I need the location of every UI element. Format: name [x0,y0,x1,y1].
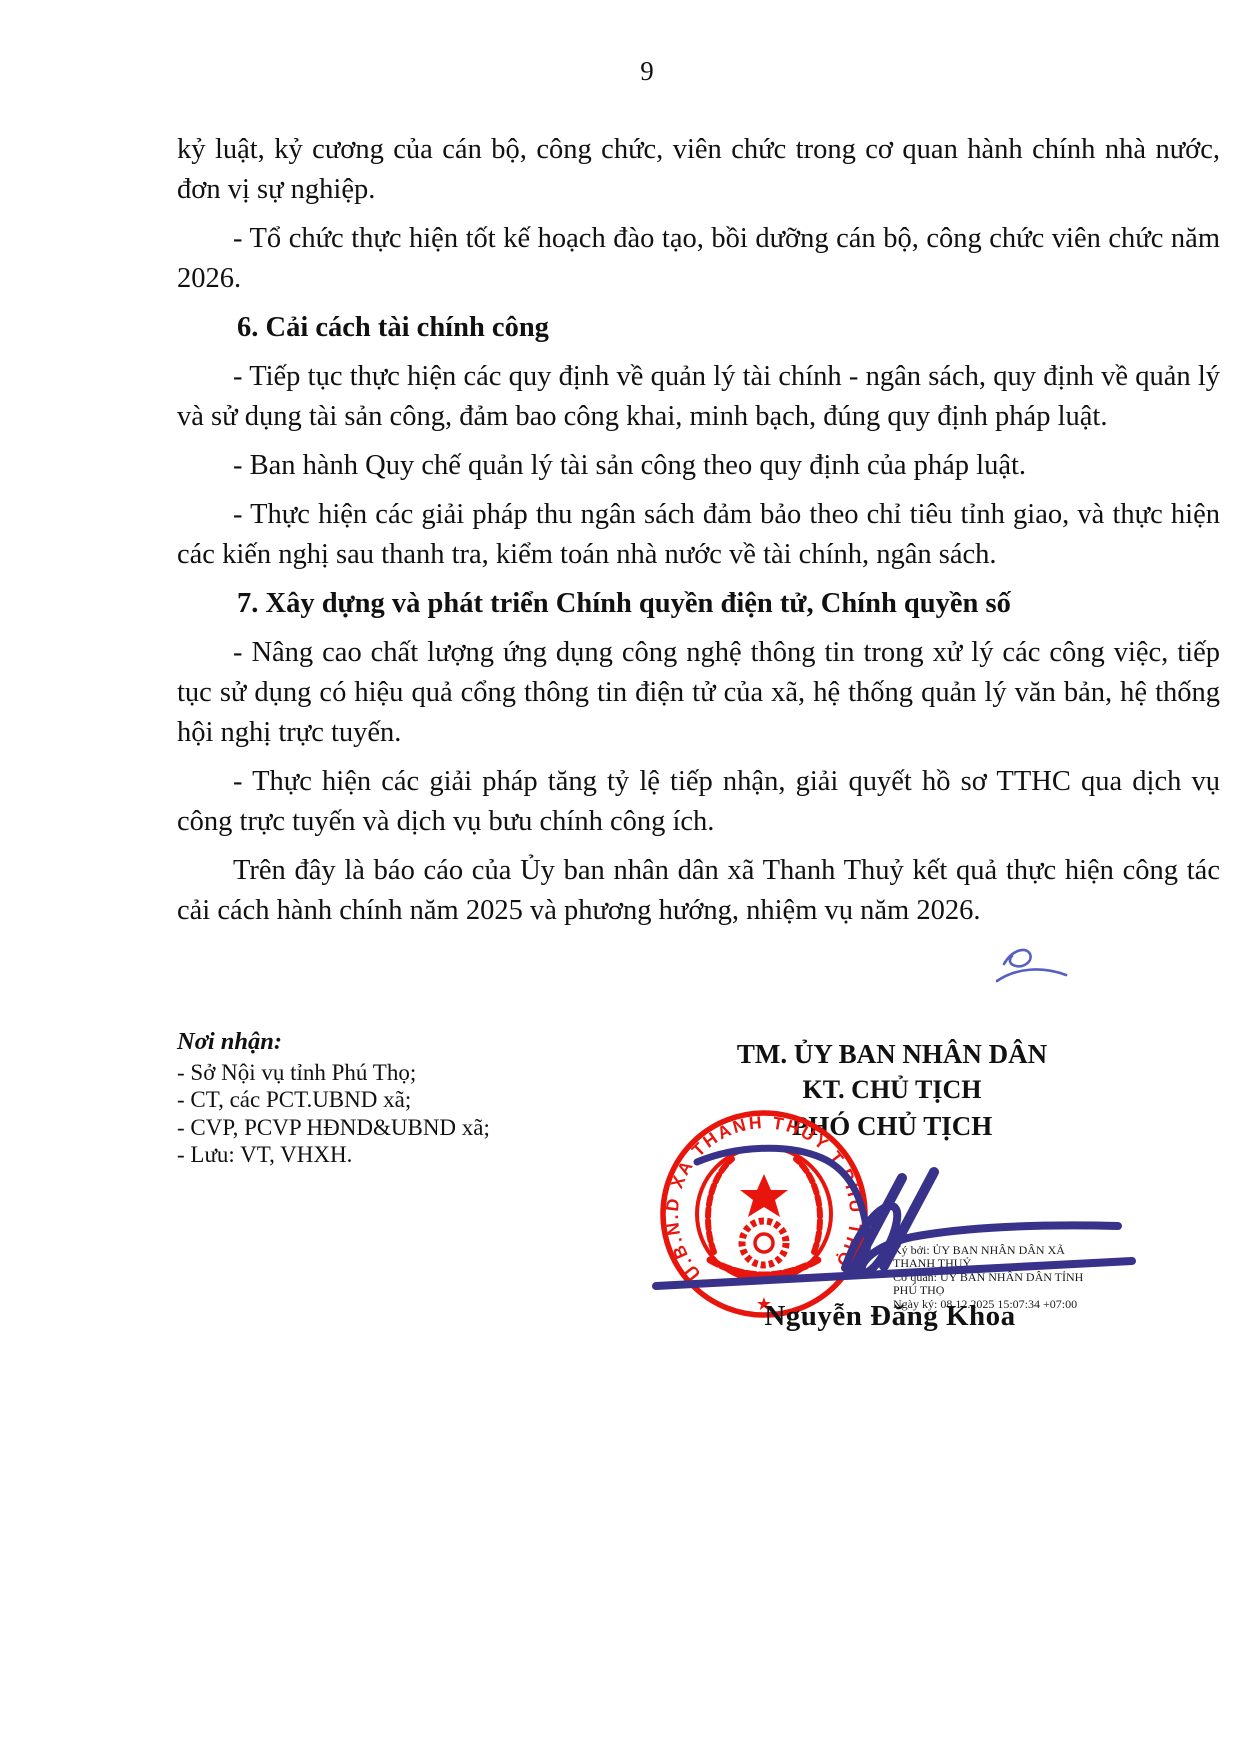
paragraph: - Nâng cao chất lượng ứng dụng công nghệ… [177,633,1220,753]
paragraph: - Tổ chức thực hiện tốt kế hoạch đào tạo… [177,219,1220,299]
recipient-item: - Sở Nội vụ tỉnh Phú Thọ; [177,1059,597,1087]
closing-paragraph: Trên đây là báo cáo của Ủy ban nhân dân … [177,851,1220,931]
paragraph: kỷ luật, kỷ cương của cán bộ, công chức,… [177,130,1220,210]
recipient-item: - CVP, PCVP HĐND&UBND xã; [177,1114,597,1142]
document-body: kỷ luật, kỷ cương của cán bộ, công chức,… [177,130,1220,940]
paragraph: - Thực hiện các giải pháp thu ngân sách … [177,495,1220,575]
paragraph: - Ban hành Quy chế quản lý tài sản công … [177,446,1220,486]
signature-authority-line1: TM. ỦY BAN NHÂN DÂN [617,1036,1167,1072]
section-heading-7: 7. Xây dựng và phát triển Chính quyền đi… [177,584,1220,624]
recipients-header: Nơi nhận: [177,1028,597,1056]
page-number: 9 [177,56,1117,87]
handwritten-signature [600,1120,1160,1310]
paragraph: - Tiếp tục thực hiện các quy định về quả… [177,357,1220,437]
paragraph: - Thực hiện các giải pháp tăng tỷ lệ tiế… [177,762,1220,842]
section-heading-6: 6. Cải cách tài chính công [177,308,1220,348]
recipients-block: Nơi nhận: - Sở Nội vụ tỉnh Phú Thọ; - CT… [177,1028,597,1169]
recipient-item: - CT, các PCT.UBND xã; [177,1086,597,1114]
ink-squiggle-mark [992,940,1076,992]
document-page: 9 kỷ luật, kỷ cương của cán bộ, công chứ… [0,0,1241,1755]
recipient-item: - Lưu: VT, VHXH. [177,1141,597,1169]
